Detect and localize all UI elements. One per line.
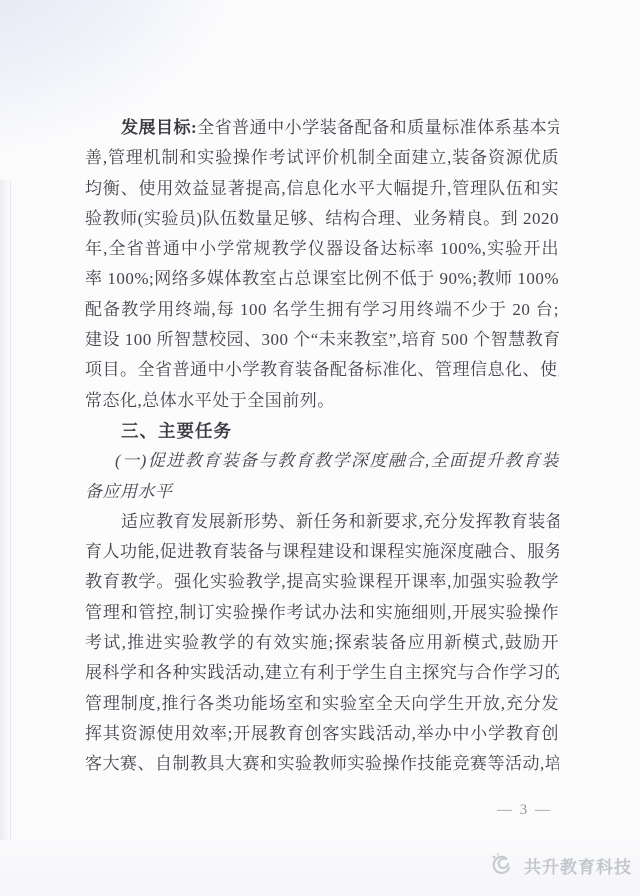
doc-line: 项目。全省普通中小学教育装备配备标准化、管理信息化、使用 bbox=[85, 355, 559, 385]
doc-line: 常态化,总体水平处于全国前列。 bbox=[85, 386, 559, 416]
doc-line: 年,全省普通中小学常规教学仪器设备达标率 100%,实验开出 bbox=[85, 234, 559, 264]
subsection-heading-line: (一)促进教育装备与教育教学深度融合,全面提升教育装 bbox=[85, 446, 559, 476]
doc-line: 管理和管控,制订实验操作考试办法和实施细则,开展实验操作 bbox=[85, 598, 559, 628]
section-heading-main-tasks: 三、主要任务 bbox=[85, 416, 559, 446]
lead-development-goals: 发展目标: bbox=[121, 118, 197, 137]
doc-line: 管理制度,推行各类功能场室和实验室全天向学生开放,充分发 bbox=[85, 689, 559, 719]
doc-line: 育人功能,促进教育装备与课程建设和课程实施深度融合、服务 bbox=[85, 537, 559, 567]
doc-line: 教育教学。强化实验教学,提高实验课程开课率,加强实验教学 bbox=[85, 567, 559, 597]
swirl-logo-icon bbox=[487, 850, 517, 880]
doc-line: 均衡、使用效益显著提高,信息化水平大幅提升,管理队伍和实 bbox=[85, 174, 559, 204]
scan-page-edge bbox=[0, 180, 11, 840]
doc-line: 验教师(实验员)队伍数量足够、结构合理、业务精良。到 2020 bbox=[85, 204, 559, 234]
body-text: 发展目标:全省普通中小学装备配备和质量标准体系基本完 善,管理机制和实验操作考试… bbox=[85, 113, 559, 780]
doc-line: 发展目标:全省普通中小学装备配备和质量标准体系基本完 bbox=[85, 113, 559, 143]
doc-line: 率 100%;网络多媒体教室占总课室比例不低于 90%;教师 100% bbox=[85, 264, 559, 294]
subsection-heading-line: 备应用水平 bbox=[85, 477, 559, 507]
doc-line: 适应教育发展新形势、新任务和新要求,充分发挥教育装备 bbox=[85, 507, 559, 537]
doc-line: 建设 100 所智慧校园、300 个“未来教室”,培育 500 个智慧教育 bbox=[85, 325, 559, 355]
page-number: — 3 — bbox=[497, 802, 552, 819]
doc-line: 善,管理机制和实验操作考试评价机制全面建立,装备资源优质 bbox=[85, 143, 559, 173]
watermark-text: 共升教育科技 bbox=[524, 853, 632, 878]
document-page: 发展目标:全省普通中小学装备配备和质量标准体系基本完 善,管理机制和实验操作考试… bbox=[0, 0, 640, 896]
doc-line: 展科学和各种实践活动,建立有利于学生自主探究与合作学习的 bbox=[85, 658, 559, 688]
doc-line: 挥其资源使用效率;开展教育创客实践活动,举办中小学教育创 bbox=[85, 719, 559, 749]
doc-line: 考试,推进实验教学的有效实施;探索装备应用新模式,鼓励开 bbox=[85, 628, 559, 658]
doc-line: 配备教学用终端,每 100 名学生拥有学习用终端不少于 20 台; bbox=[85, 295, 559, 325]
doc-line: 客大赛、自制教具大赛和实验教师实验操作技能竞赛等活动,培 bbox=[85, 749, 559, 779]
watermark: 共升教育科技 bbox=[487, 850, 632, 880]
doc-line-text: 全省普通中小学装备配备和质量标准体系基本完 bbox=[197, 118, 559, 137]
